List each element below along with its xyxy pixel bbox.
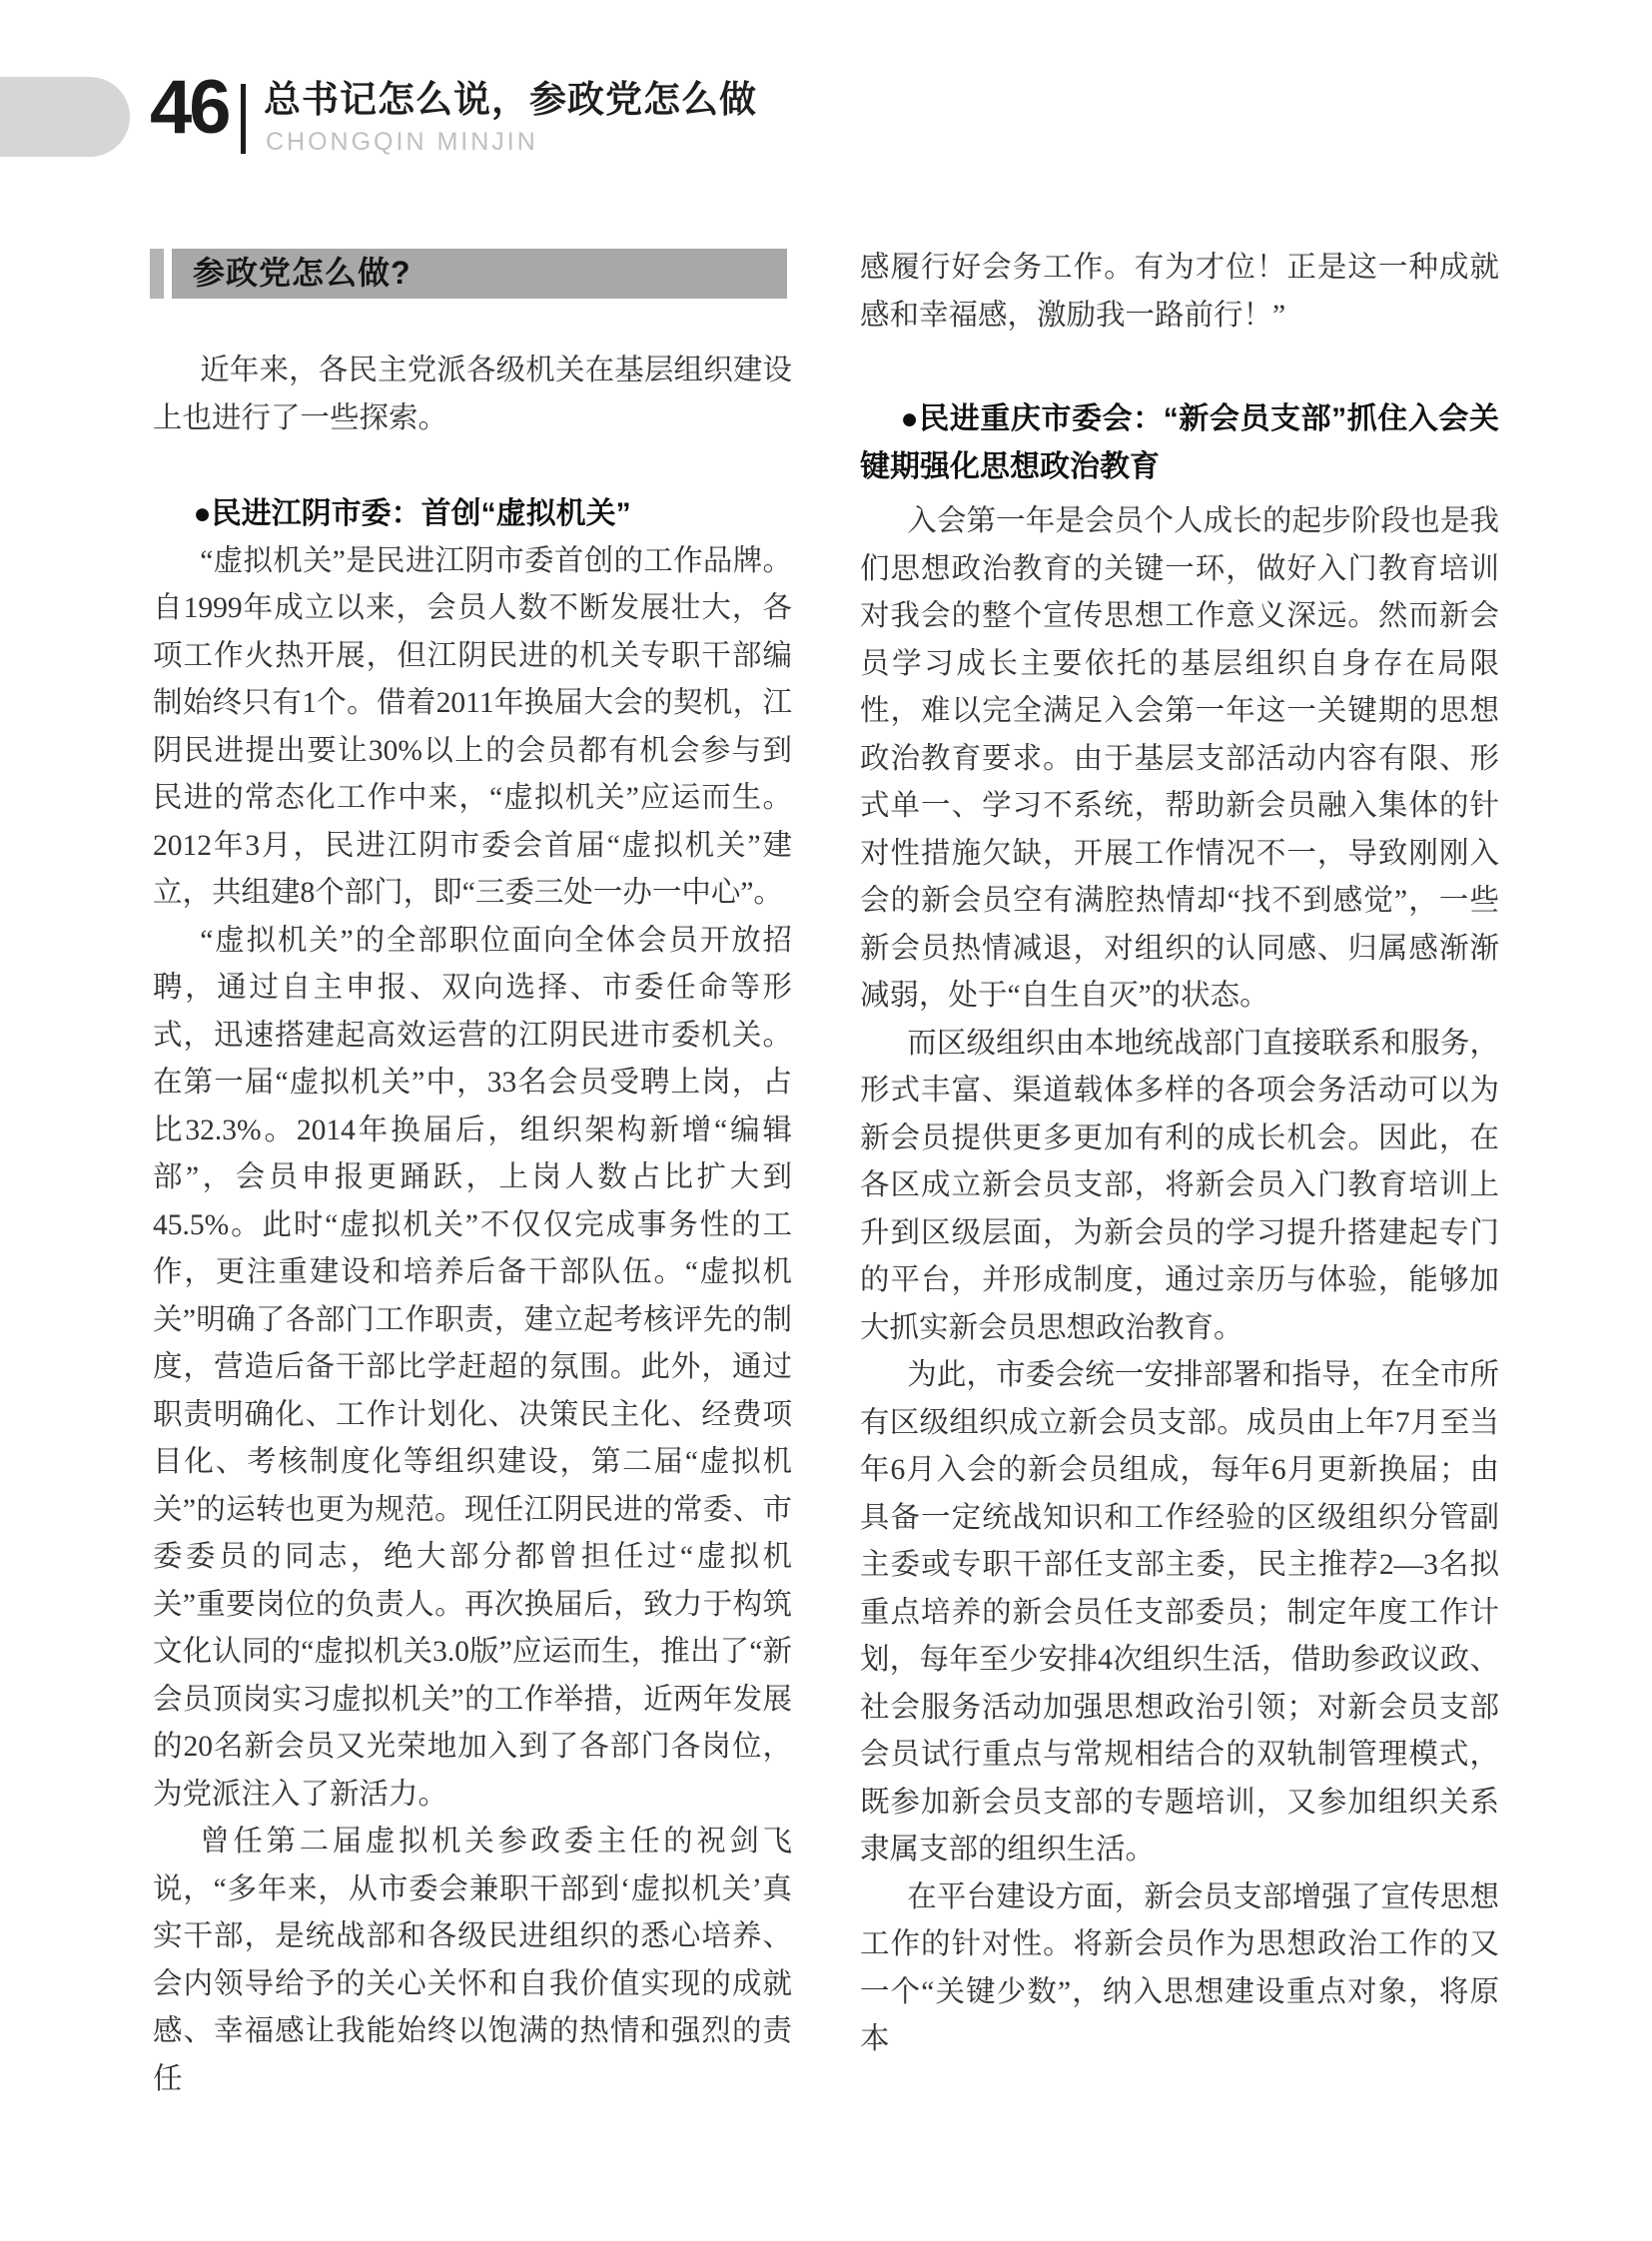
corner-decoration (0, 77, 130, 157)
body-paragraph: “虚拟机关”是民进江阴市委首创的工作品牌。自1999年成立以来，会员人数不断发展… (153, 538, 792, 918)
body-paragraph: “虚拟机关”的全部职位面向全体会员开放招聘，通过自主申报、双向选择、市委任命等形… (153, 918, 792, 1820)
body-paragraph: 在平台建设方面，新会员支部增强了宣传思想工作的针对性。将新会员作为思想政治工作的… (860, 1874, 1499, 2064)
intro-paragraph: 近年来，各民主党派各级机关在基层组织建设上也进行了一些探索。 (153, 348, 792, 442)
header-divider (241, 84, 246, 154)
right-column: 感履行好会务工作。有为才位！正是这一种成就感和幸福感，激励我一路前行！” ●民进… (860, 245, 1499, 2064)
body-paragraph: 为此，市委会统一安排部署和指导，在全市所有区级组织成立新会员支部。成员由上年7月… (860, 1352, 1499, 1874)
body-paragraph: 而区级组织由本地统战部门直接联系和服务，形式丰富、渠道载体多样的各项会务活动可以… (860, 1021, 1499, 1353)
page-number: 46 (150, 66, 229, 150)
body-paragraph: 入会第一年是会员个人成长的起步阶段也是我们思想政治教育的关键一环，做好入门教育培… (860, 498, 1499, 1021)
section-title: 参政党怎么做? (172, 249, 787, 298)
subsection-heading-chongqing: ●民进重庆市委会：“新会员支部”抓住入会关键期强化思想政治教育 (860, 395, 1499, 490)
subsection-heading-jiangyin: ●民进江阴市委：首创“虚拟机关” (153, 490, 792, 538)
header-subtitle: CHONGQIN MINJIN (266, 127, 538, 157)
body-paragraph: 曾任第二届虚拟机关参政委主任的祝剑飞说，“多年来，从市委会兼职干部到‘虚拟机关’… (153, 1819, 792, 2103)
header-title: 总书记怎么说，参政党怎么做 (264, 78, 757, 122)
magazine-page: 46 总书记怎么说，参政党怎么做 CHONGQIN MINJIN 参政党怎么做?… (0, 0, 1652, 2241)
section-title-box: 参政党怎么做? (172, 249, 787, 299)
section-accent-bar (150, 249, 164, 299)
left-column: 近年来，各民主党派各级机关在基层组织建设上也进行了一些探索。 ●民进江阴市委：首… (153, 348, 792, 2103)
continuation-paragraph: 感履行好会务工作。有为才位！正是这一种成就感和幸福感，激励我一路前行！” (860, 245, 1499, 340)
